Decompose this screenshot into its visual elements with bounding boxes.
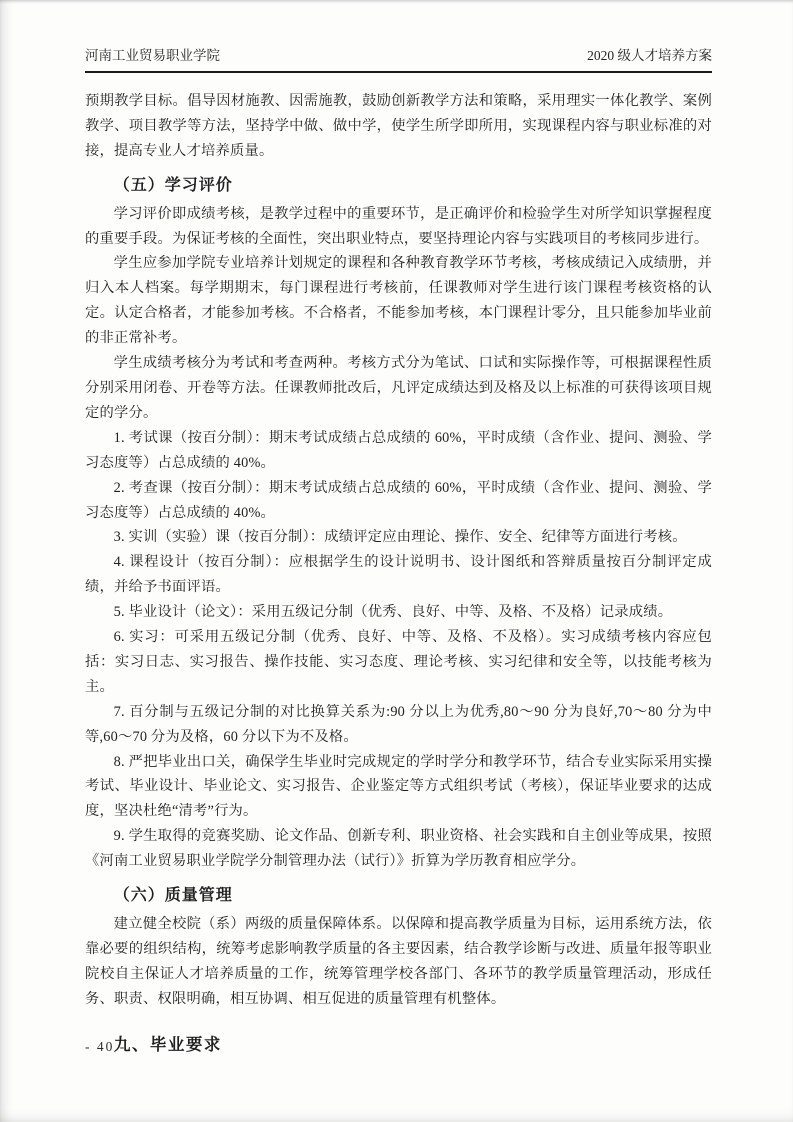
paragraph: 5. 毕业设计（论文）：采用五级记分制（优秀、良好、中等、及格、不及格）记录成绩… — [85, 600, 712, 625]
paragraph: 2. 考查课（按百分制）：期末考试成绩占总成绩的 60%，平时成绩（含作业、提问… — [85, 476, 712, 526]
paragraph: 建立健全校院（系）两级的质量保障体系。以保障和提高教学质量为目标，运用系统方法，… — [85, 912, 712, 1012]
paragraph: 学生应参加学院专业培养计划规定的课程和各种教育教学环节考核，考核成绩记入成绩册，… — [85, 251, 712, 351]
paragraph: 3. 实训（实验）课（按百分制）：成绩评定应由理论、操作、安全、纪律等方面进行考… — [85, 525, 712, 550]
header-school-name: 河南工业贸易职业学院 — [85, 44, 220, 64]
paragraph: 学生成绩考核分为考试和考查两种。考核方式分为笔试、口试和实际操作等，可根据课程性… — [85, 351, 712, 426]
paragraph: 预期教学目标。倡导因材施教、因需施教，鼓励创新教学方法和策略，采用理实一体化教学… — [85, 89, 712, 164]
paragraph: 1. 考试课（按百分制）：期末考试成绩占总成绩的 60%，平时成绩（含作业、提问… — [85, 426, 712, 476]
header-document-title: 2020 级人才培养方案 — [587, 44, 712, 64]
paragraph: 8. 严把毕业出口关，确保学生毕业时完成规定的学时学分和教学环节，结合专业实际采… — [85, 750, 712, 825]
paragraph: 7. 百分制与五级记分制的对比换算关系为:90 分以上为优秀,80～90 分为良… — [85, 700, 712, 750]
paragraph: 学习评价即成绩考核，是教学过程中的重要环节，是正确评价和检验学生对所学知识掌握程… — [85, 202, 712, 252]
section-heading: （五）学习评价 — [85, 174, 712, 199]
paragraph: 6. 实习：可采用五级记分制（优秀、良好、中等、及格、不及格）。实习成绩考核内容… — [85, 625, 712, 700]
document-body: 预期教学目标。倡导因材施教、因需施教，鼓励创新教学方法和策略，采用理实一体化教学… — [85, 89, 712, 1058]
paragraph: 4. 课程设计（按百分制）：应根据学生的设计说明书、设计图纸和答辩质量按百分制评… — [85, 550, 712, 600]
section-heading: （六）质量管理 — [85, 884, 712, 909]
page-number: - 40 - — [85, 1039, 126, 1055]
page-header: 河南工业贸易职业学院 2020 级人才培养方案 — [85, 44, 712, 73]
document-page: 河南工业贸易职业学院 2020 级人才培养方案 预期教学目标。倡导因材施教、因需… — [0, 0, 793, 1122]
paragraph: 9. 学生取得的竞赛奖励、论文作品、创新专利、职业资格、社会实践和自主创业等成果… — [85, 824, 712, 874]
section-heading: 九、毕业要求 — [85, 1033, 712, 1058]
